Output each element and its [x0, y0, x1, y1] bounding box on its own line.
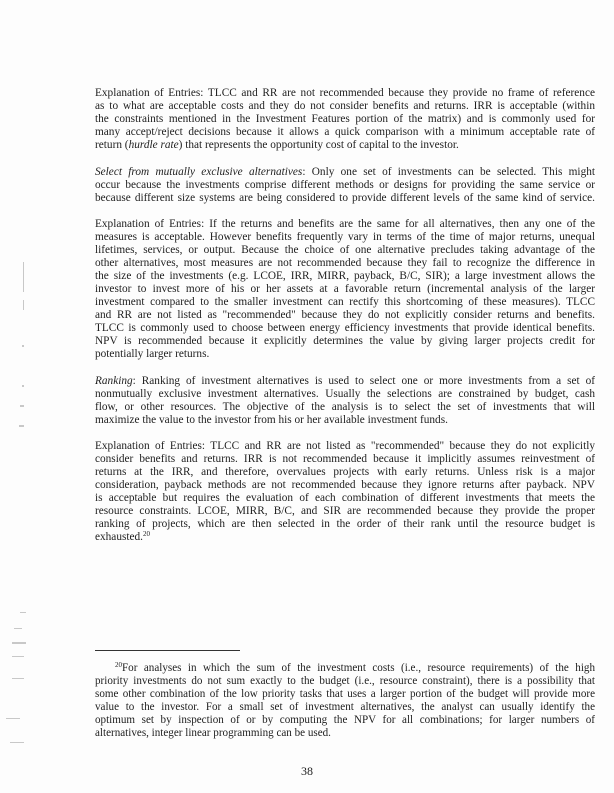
- text-line: NPV is recommended because it explicitly…: [95, 335, 595, 348]
- text-line: measures is acceptable. However benefits…: [95, 231, 595, 244]
- text-line: TLCC is commonly used to choose between …: [95, 322, 595, 335]
- text-line: occur because the investments comprise d…: [95, 179, 595, 192]
- text-line: the constraints mentioned in the Investm…: [95, 113, 595, 126]
- text-line: Ranking: Ranking of investment alternati…: [95, 375, 595, 388]
- text-line-rest: : Only one set of investments can be sel…: [302, 166, 595, 178]
- text-line: 20For analyses in which the sum of the i…: [95, 662, 595, 675]
- text-line: priority investments do not sum exactly …: [95, 675, 595, 688]
- text-line-rest: For analyses in which the sum of the inv…: [122, 662, 595, 674]
- text-line: exhausted.20: [95, 531, 595, 544]
- page-number: 38: [0, 764, 614, 779]
- footnote-reference[interactable]: 20: [143, 530, 150, 538]
- paragraph-explanation-3: Explanation of Entries: TLCC and RR are …: [95, 440, 595, 544]
- text-line: value to the investor. For a small set o…: [95, 701, 595, 714]
- text-line: optimum set by inspection of or by compu…: [95, 714, 595, 727]
- text-line-hurdle-rate: return (hurdle rate) that represents the…: [95, 139, 595, 152]
- text-line: consider benefits and returns. IRR is no…: [95, 453, 595, 466]
- text-line: Explanation of Entries: If the returns a…: [95, 218, 595, 231]
- text-line: many accept/reject decisions because it …: [95, 126, 595, 139]
- paragraph-ranking: Ranking: Ranking of investment alternati…: [95, 375, 595, 427]
- text-line: ranking of projects, which are then sele…: [95, 518, 595, 531]
- text-line: some other combination of the low priori…: [95, 688, 595, 701]
- text-line: maximize the value to the investor from …: [95, 414, 595, 427]
- text-line: lifetimes, services, or output. Because …: [95, 244, 595, 257]
- text-line: alternatives, integer linear programming…: [95, 727, 595, 740]
- text-line: nonmutually exclusive investment alterna…: [95, 388, 595, 401]
- section-heading: Ranking: [95, 375, 133, 387]
- text-line: is acceptable but requires the evaluatio…: [95, 492, 595, 505]
- paragraph-select-mutually-exclusive: Select from mutually exclusive alternati…: [95, 166, 595, 205]
- text-line: Explanation of Entries: TLCC and RR are …: [95, 87, 595, 100]
- text-line: flow, or other resources. The objective …: [95, 401, 595, 414]
- paragraph-explanation-2: Explanation of Entries: If the returns a…: [95, 218, 595, 361]
- text-line: other alternatives, most measures are no…: [95, 257, 595, 270]
- text-line: and RR are not listed as "recommended" b…: [95, 309, 595, 322]
- text-line: potentially larger returns.: [95, 348, 595, 361]
- text-line: returns at the IRR, and therefore, overv…: [95, 466, 595, 479]
- text-line: investment compared to the smaller inves…: [95, 296, 595, 309]
- text-line: Select from mutually exclusive alternati…: [95, 166, 595, 179]
- document-page: Explanation of Entries: TLCC and RR are …: [0, 0, 614, 793]
- text-line: as to what are acceptable costs and they…: [95, 100, 595, 113]
- italic-term: hurdle rate: [129, 139, 179, 151]
- footnote-number: 20: [115, 661, 122, 669]
- text-line: resource constraints. LCOE, MIRR, B/C, a…: [95, 505, 595, 518]
- text-line: the size of the investments (e.g. LCOE, …: [95, 270, 595, 283]
- text-line: because different size systems are being…: [95, 192, 595, 205]
- section-heading: Select from mutually exclusive alternati…: [95, 166, 302, 178]
- text-line-exhausted: exhausted.: [95, 531, 143, 543]
- text-line: consideration, payback methods are not r…: [95, 479, 595, 492]
- text-line: investor to invest more of his or her as…: [95, 283, 595, 296]
- scan-margin-artifacts: [0, 0, 60, 793]
- paragraph-explanation-1: Explanation of Entries: TLCC and RR are …: [95, 87, 595, 152]
- text-line-rest: : Ranking of investment alternatives is …: [133, 375, 595, 387]
- footnote: 20For analyses in which the sum of the i…: [95, 662, 595, 740]
- text-line: Explanation of Entries: TLCC and RR are …: [95, 440, 595, 453]
- footnote-separator: [95, 650, 240, 651]
